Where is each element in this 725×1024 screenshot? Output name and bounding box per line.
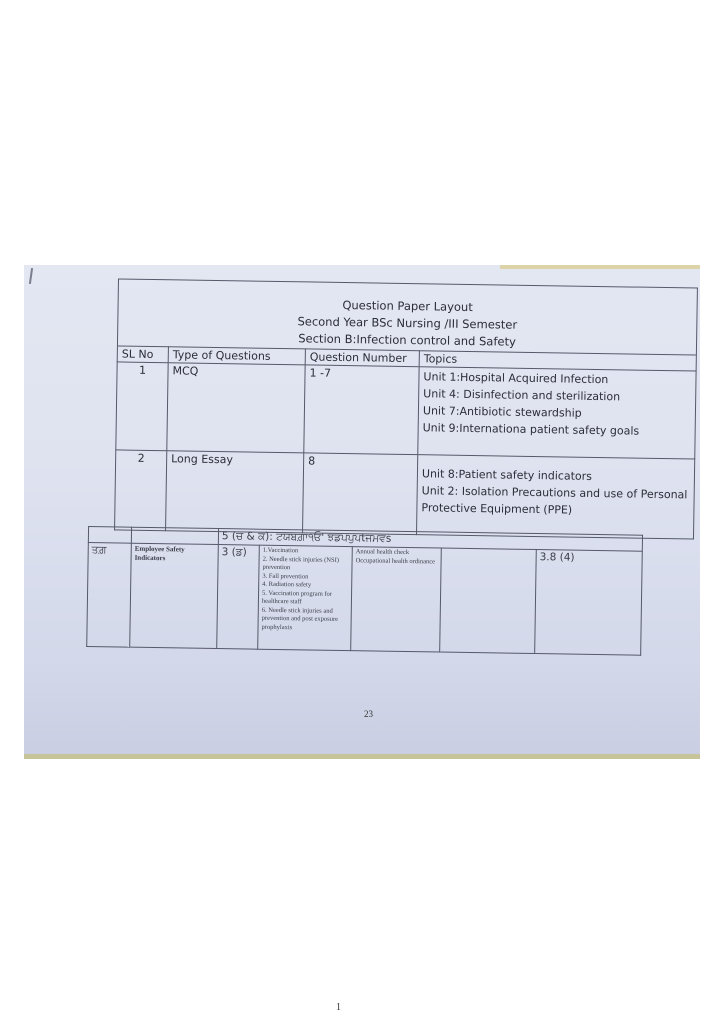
photo-edge-bottom bbox=[24, 754, 700, 759]
question-number-cell: 1 -7 bbox=[304, 365, 419, 455]
list-item: 2. Needle stick injuries (NSI) preventio… bbox=[262, 555, 348, 573]
list-item: 5. Vaccination program for healthcare st… bbox=[262, 589, 348, 607]
question-paper-sheet: Question Paper Layout Second Year BSc Nu… bbox=[84, 278, 700, 668]
topic-item: Unit 2: Isolation Precautions and use of… bbox=[421, 482, 690, 520]
topic-item: Unit 9:Internationa patient safety goals bbox=[423, 419, 691, 440]
underlying-col5: Annual health check Occupational health … bbox=[351, 547, 442, 652]
title-block: Question Paper Layout Second Year BSc Nu… bbox=[117, 279, 697, 355]
underlying-col6 bbox=[440, 548, 537, 653]
underlying-col1: ਤਗ਼ bbox=[87, 543, 132, 648]
sl-no-cell: 1 bbox=[116, 362, 168, 451]
header-question-number: Question Number bbox=[305, 349, 419, 367]
topics-cell: Unit 8:Patient safety indicators Unit 2:… bbox=[417, 455, 695, 539]
table-row: ਤਗ਼ Employee Safety Indicators 3 (ਡ) 1.V… bbox=[87, 543, 643, 656]
list-item: Occupational health ordinance bbox=[356, 557, 438, 567]
underlying-col4: 1.Vaccination 2. Needle stick injuries (… bbox=[258, 545, 353, 650]
photo-edge-top bbox=[500, 265, 700, 269]
underlying-col7: 3.8 (4) bbox=[535, 550, 643, 656]
inner-page-number: 23 bbox=[364, 709, 373, 719]
header-sl-no: SL No bbox=[117, 346, 168, 363]
topics-cell: Unit 1:Hospital Acquired Infection Unit … bbox=[418, 367, 696, 459]
question-number-cell: 8 bbox=[303, 453, 418, 535]
table-row: 1 MCQ 1 -7 Unit 1:Hospital Acquired Infe… bbox=[116, 362, 696, 459]
underlying-table: 5 (ਚ & ਕ): ਟਯਬਗ਼ਾ੧ਓ' ਝਡਪਪੁਪtਜਮਵs ਤਗ਼ Emp… bbox=[86, 526, 643, 656]
underlying-col3: 3 (ਡ) bbox=[217, 545, 260, 650]
question-layout-table: Question Paper Layout Second Year BSc Nu… bbox=[114, 278, 698, 539]
page-number: 1 bbox=[336, 1002, 341, 1013]
underlying-col2: Employee Safety Indicators bbox=[130, 543, 219, 648]
type-cell: MCQ bbox=[167, 363, 305, 453]
list-item: 6. Needle stick injuries and prevention … bbox=[261, 606, 347, 633]
sl-no-cell: 2 bbox=[115, 450, 167, 531]
type-cell: Long Essay bbox=[166, 451, 304, 533]
table-row: 2 Long Essay 8 Unit 8:Patient safety ind… bbox=[115, 450, 695, 539]
